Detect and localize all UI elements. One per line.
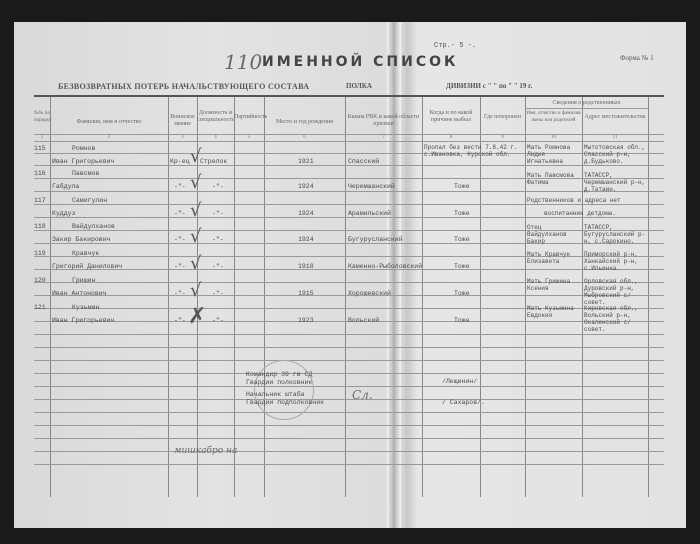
relatives-header: Сведения о родственниках — [525, 100, 648, 107]
birth-year: 1915 — [298, 290, 314, 297]
row-rule — [34, 165, 664, 166]
row-rule — [34, 399, 664, 400]
relative: Отец Вайдулханов Бакир — [527, 224, 583, 245]
header-col-7: Каким РВК и какой области призван — [345, 114, 422, 128]
page-number: Стр.- 5 -. — [434, 42, 476, 50]
relative: Мать Ромнова Лидия Игнатьевна — [527, 144, 583, 165]
row-rule — [34, 412, 664, 413]
given-name: Габдула — [52, 183, 79, 190]
rvk: Бугурусланский — [348, 236, 403, 243]
position: -"- — [212, 210, 224, 217]
address: ТАТАССР, Черемшанский р-н, д.Татаин. — [584, 172, 648, 193]
rvk: Черемшанский — [348, 183, 395, 190]
header-col-9: Где похоронен — [480, 114, 525, 121]
row-rule — [34, 347, 664, 348]
col-num: 11 — [582, 135, 648, 140]
header-col-11: Адрес местожительства — [582, 114, 648, 121]
page-title: ИМЕННОЙ СПИСОК — [262, 54, 458, 70]
row-number: 115 — [34, 145, 46, 152]
reason: Пропал без вести 7.8.42 г. с.Ивановка, К… — [424, 144, 524, 158]
address: Кировская обл., Вольский р-н, Окаленский… — [584, 305, 648, 333]
col-divider — [422, 97, 423, 497]
row-rule — [34, 386, 664, 387]
surname: Вайдулханов — [72, 223, 115, 230]
signature-title: Гвардии полковник — [246, 379, 312, 386]
position: Стрелок — [200, 158, 227, 165]
check-mark-icon: √ — [190, 148, 201, 166]
col-num: 4 — [197, 135, 234, 140]
row-number: 116 — [34, 170, 46, 177]
division-label: ДИВИЗИИ с " " по " " 19 г. — [446, 82, 532, 90]
row-rule — [34, 451, 664, 452]
row-rule — [34, 373, 664, 374]
surname: Павсмов — [72, 170, 99, 177]
row-rule — [34, 141, 664, 142]
col-divider — [648, 97, 649, 497]
row-rule — [34, 334, 664, 335]
header-col-4: Должность и специальность — [197, 110, 234, 124]
rank: -"- — [174, 317, 186, 324]
reason: Тоже — [454, 263, 470, 270]
paper-fold — [387, 22, 401, 528]
given-name: Иван Григорьевич — [52, 158, 114, 165]
given-name: Иван Григорьевич — [52, 317, 114, 324]
birth-year: 1918 — [298, 263, 314, 270]
subtitle: БЕЗВОЗВРАТНЫХ ПОТЕРЬ НАЧАЛЬСТВУЮЩЕГО СОС… — [58, 82, 309, 91]
relative: Мать Кузьмина Евдокия — [527, 305, 583, 319]
check-mark-icon: √ — [190, 228, 201, 246]
col-divider — [525, 97, 526, 497]
row-rule — [34, 464, 664, 465]
cross-mark-icon: ✗ — [188, 308, 206, 326]
address: Мытотовская обл., Спасский р-н, д.Будько… — [584, 144, 648, 165]
address: Орловская обл., Дуровский р-н, Мыбровски… — [584, 278, 648, 306]
row-rule — [34, 360, 664, 361]
rank: -"- — [174, 236, 186, 243]
col-divider — [50, 97, 51, 497]
address: Приморский р-н, Ханкайский р-н, с.Ильинк… — [584, 251, 648, 272]
col-divider — [234, 97, 235, 497]
birth-year: 1924 — [298, 183, 314, 190]
relative: Мать Павсмова Фатима — [527, 172, 583, 186]
position: -"- — [212, 236, 224, 243]
birth-year: 1924 — [298, 236, 314, 243]
official-stamp — [254, 360, 314, 420]
birth-year: 1923 — [298, 317, 314, 324]
col-num: 7 — [345, 135, 422, 140]
header-rule — [34, 95, 664, 97]
reason: Тоже — [454, 210, 470, 217]
col-divider — [264, 97, 265, 497]
signature-title: Начальник штаба — [246, 391, 305, 398]
col-num: 9 — [480, 135, 525, 140]
position: -"- — [212, 183, 224, 190]
row-number: 120 — [34, 277, 46, 284]
rank: -"- — [174, 210, 186, 217]
col-num: 3 — [168, 135, 197, 140]
col-divider — [168, 97, 169, 497]
header-col-8: Когда и по какой причине выбыл — [422, 110, 480, 124]
rvk: Вольский — [348, 317, 379, 324]
col-num: 2 — [50, 135, 168, 140]
given-name: Иван Антонович — [52, 290, 107, 297]
surname: Ромнов — [72, 145, 95, 152]
row-rule — [34, 438, 664, 439]
header-col-2: Фамилия, имя и отчество — [50, 119, 168, 126]
given-name: Григорий Данилович — [52, 263, 122, 270]
col-divider — [345, 97, 346, 497]
position: -"- — [212, 290, 224, 297]
handwritten-signature: Сл. — [352, 388, 373, 402]
col-num: 6 — [264, 135, 345, 140]
col-num: 1 — [34, 135, 50, 140]
check-mark-icon: √ — [190, 282, 201, 300]
address: воспитанник детдома. — [544, 210, 616, 217]
header-col-6: Место и год рождения — [264, 119, 345, 126]
row-number: 119 — [34, 250, 46, 257]
birth-year: 1921 — [298, 158, 314, 165]
address: ТАТАССР, Бугурусланский р-н, с.Сарокино. — [584, 224, 648, 245]
form-number: Форма № 1 — [620, 54, 654, 62]
reason: Тоже — [454, 290, 470, 297]
rank: -"- — [174, 183, 186, 190]
rank: Кр-ец — [170, 158, 190, 165]
relative: Мать Кравчук Елизавета — [527, 251, 583, 265]
row-rule — [34, 191, 664, 192]
header-col-3: Воинское звание — [168, 114, 197, 128]
rank: -"- — [174, 290, 186, 297]
row-rule — [34, 217, 664, 218]
row-rule — [34, 425, 664, 426]
header-col-5: Партийность — [234, 114, 264, 121]
row-rule — [525, 108, 648, 109]
col-num: 5 — [234, 135, 264, 140]
row-number: 117 — [34, 197, 46, 204]
reason: Тоже — [454, 317, 470, 324]
surname: Кравчук — [72, 250, 99, 257]
position: -"- — [212, 263, 224, 270]
check-mark-icon: √ — [190, 255, 201, 273]
rvk: Хорошевский — [348, 290, 391, 297]
reason: Тоже — [454, 236, 470, 243]
check-mark-icon: √ — [190, 174, 201, 192]
reason: Тоже — [454, 183, 470, 190]
rvk: Арамильский — [348, 210, 391, 217]
signatory-name: /Лещинин/ — [442, 378, 477, 385]
relative: Мать Гришина Ксения — [527, 278, 583, 292]
col-num: 8 — [422, 135, 480, 140]
bottom-handwriting: мишкабро на — [174, 446, 237, 456]
given-name: Куддуз — [52, 210, 75, 217]
header-col-1: №№ по порядку — [34, 110, 50, 124]
check-mark-icon: √ — [190, 202, 201, 220]
surname: Самигулин — [72, 197, 107, 204]
birth-year: 1924 — [298, 210, 314, 217]
rvk: Каменно-Рыболовский — [348, 263, 422, 270]
signature-title: Командир 39 гв СД — [246, 371, 312, 378]
document-sheet: 110 ИМЕННОЙ СПИСОК Стр.- 5 -. Форма № 1 … — [14, 22, 686, 528]
row-number: 121 — [34, 304, 46, 311]
signatory-name: / Сахаров/. — [442, 399, 485, 406]
rvk: Спасский — [348, 158, 379, 165]
surname: Кузьмин — [72, 304, 99, 311]
given-name: Закир Бакирович — [52, 236, 111, 243]
header-col-10: Имя, отчество и фамилия жены или родител… — [525, 110, 582, 124]
signature-title: Гвардии подполковник — [246, 399, 324, 406]
handwritten-number: 110 — [224, 50, 262, 74]
surname: Гришин — [72, 277, 95, 284]
col-num: 10 — [525, 135, 582, 140]
position: -"- — [212, 317, 224, 324]
relative: Родственников и адреса нет — [527, 197, 621, 204]
row-number: 118 — [34, 223, 46, 230]
rank: -"- — [174, 263, 186, 270]
row-rule — [34, 204, 664, 205]
polka-label: ПОЛКА — [346, 82, 372, 90]
